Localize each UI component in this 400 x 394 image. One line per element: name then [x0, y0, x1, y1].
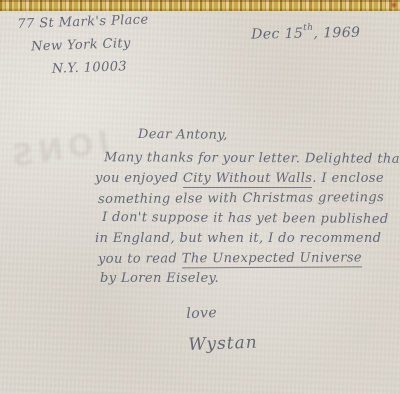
body-line-7: by Loren Eiseley. [100, 269, 400, 289]
body-line-4: I don't suppose it has yet been publishe… [102, 208, 400, 230]
salutation: Dear Antony, [138, 125, 228, 146]
address-line-2: New York City [31, 33, 150, 57]
book-title-the-unexpected-universe: The Unexpected Universe [182, 250, 362, 268]
book-title-city-without-walls: City Without Walls [183, 171, 312, 188]
date-ordinal: th [303, 23, 313, 33]
sender-address: 77 St Mark's Place New York City N.Y. 10… [17, 10, 151, 81]
body-line-6: you to read The Unexpected Universe [98, 248, 400, 270]
body-line-2-text: you enjoyed [95, 171, 183, 186]
signature: Wystan [188, 333, 258, 355]
closing: love [186, 303, 217, 324]
body-line-2-text-after: . I enclose [312, 171, 384, 186]
body-line-1-text: Many thanks for your letter. Delighted t… [104, 150, 400, 167]
body-line-5: in England, but when it, I do recommend [95, 229, 400, 249]
body-line-1: Many thanks for your letter. Delighted t… [104, 148, 400, 170]
body-line-3-text: something else with Christmas greetings [98, 190, 384, 207]
date-day: Dec 15 [251, 26, 303, 43]
body-line-2: you enjoyed City Without Walls. I enclos… [95, 169, 400, 189]
letter-scan: IONS 77 St Mark's Place New York City N.… [0, 0, 400, 394]
body-line-6-text: you to read [98, 251, 182, 266]
body-line-4-text: I don't suppose it has yet been publishe… [102, 210, 389, 227]
gilt-edge-strip [0, 0, 400, 11]
body-line-5-text: in England, but when it, I do recommend [95, 231, 381, 246]
address-line-3: N.Y. 10003 [52, 56, 151, 79]
address-line-1: 77 St Mark's Place [17, 10, 149, 35]
body-line-7-text: by Loren Eiseley. [100, 271, 219, 286]
letter-date: Dec 15th, 1969 [251, 19, 361, 45]
gilt-edge-red-speck [391, 2, 398, 8]
body-line-3: something else with Christmas greetings [98, 188, 400, 210]
date-year: , 1969 [313, 25, 360, 42]
letter-body: Many thanks for your letter. Delighted t… [95, 149, 400, 289]
